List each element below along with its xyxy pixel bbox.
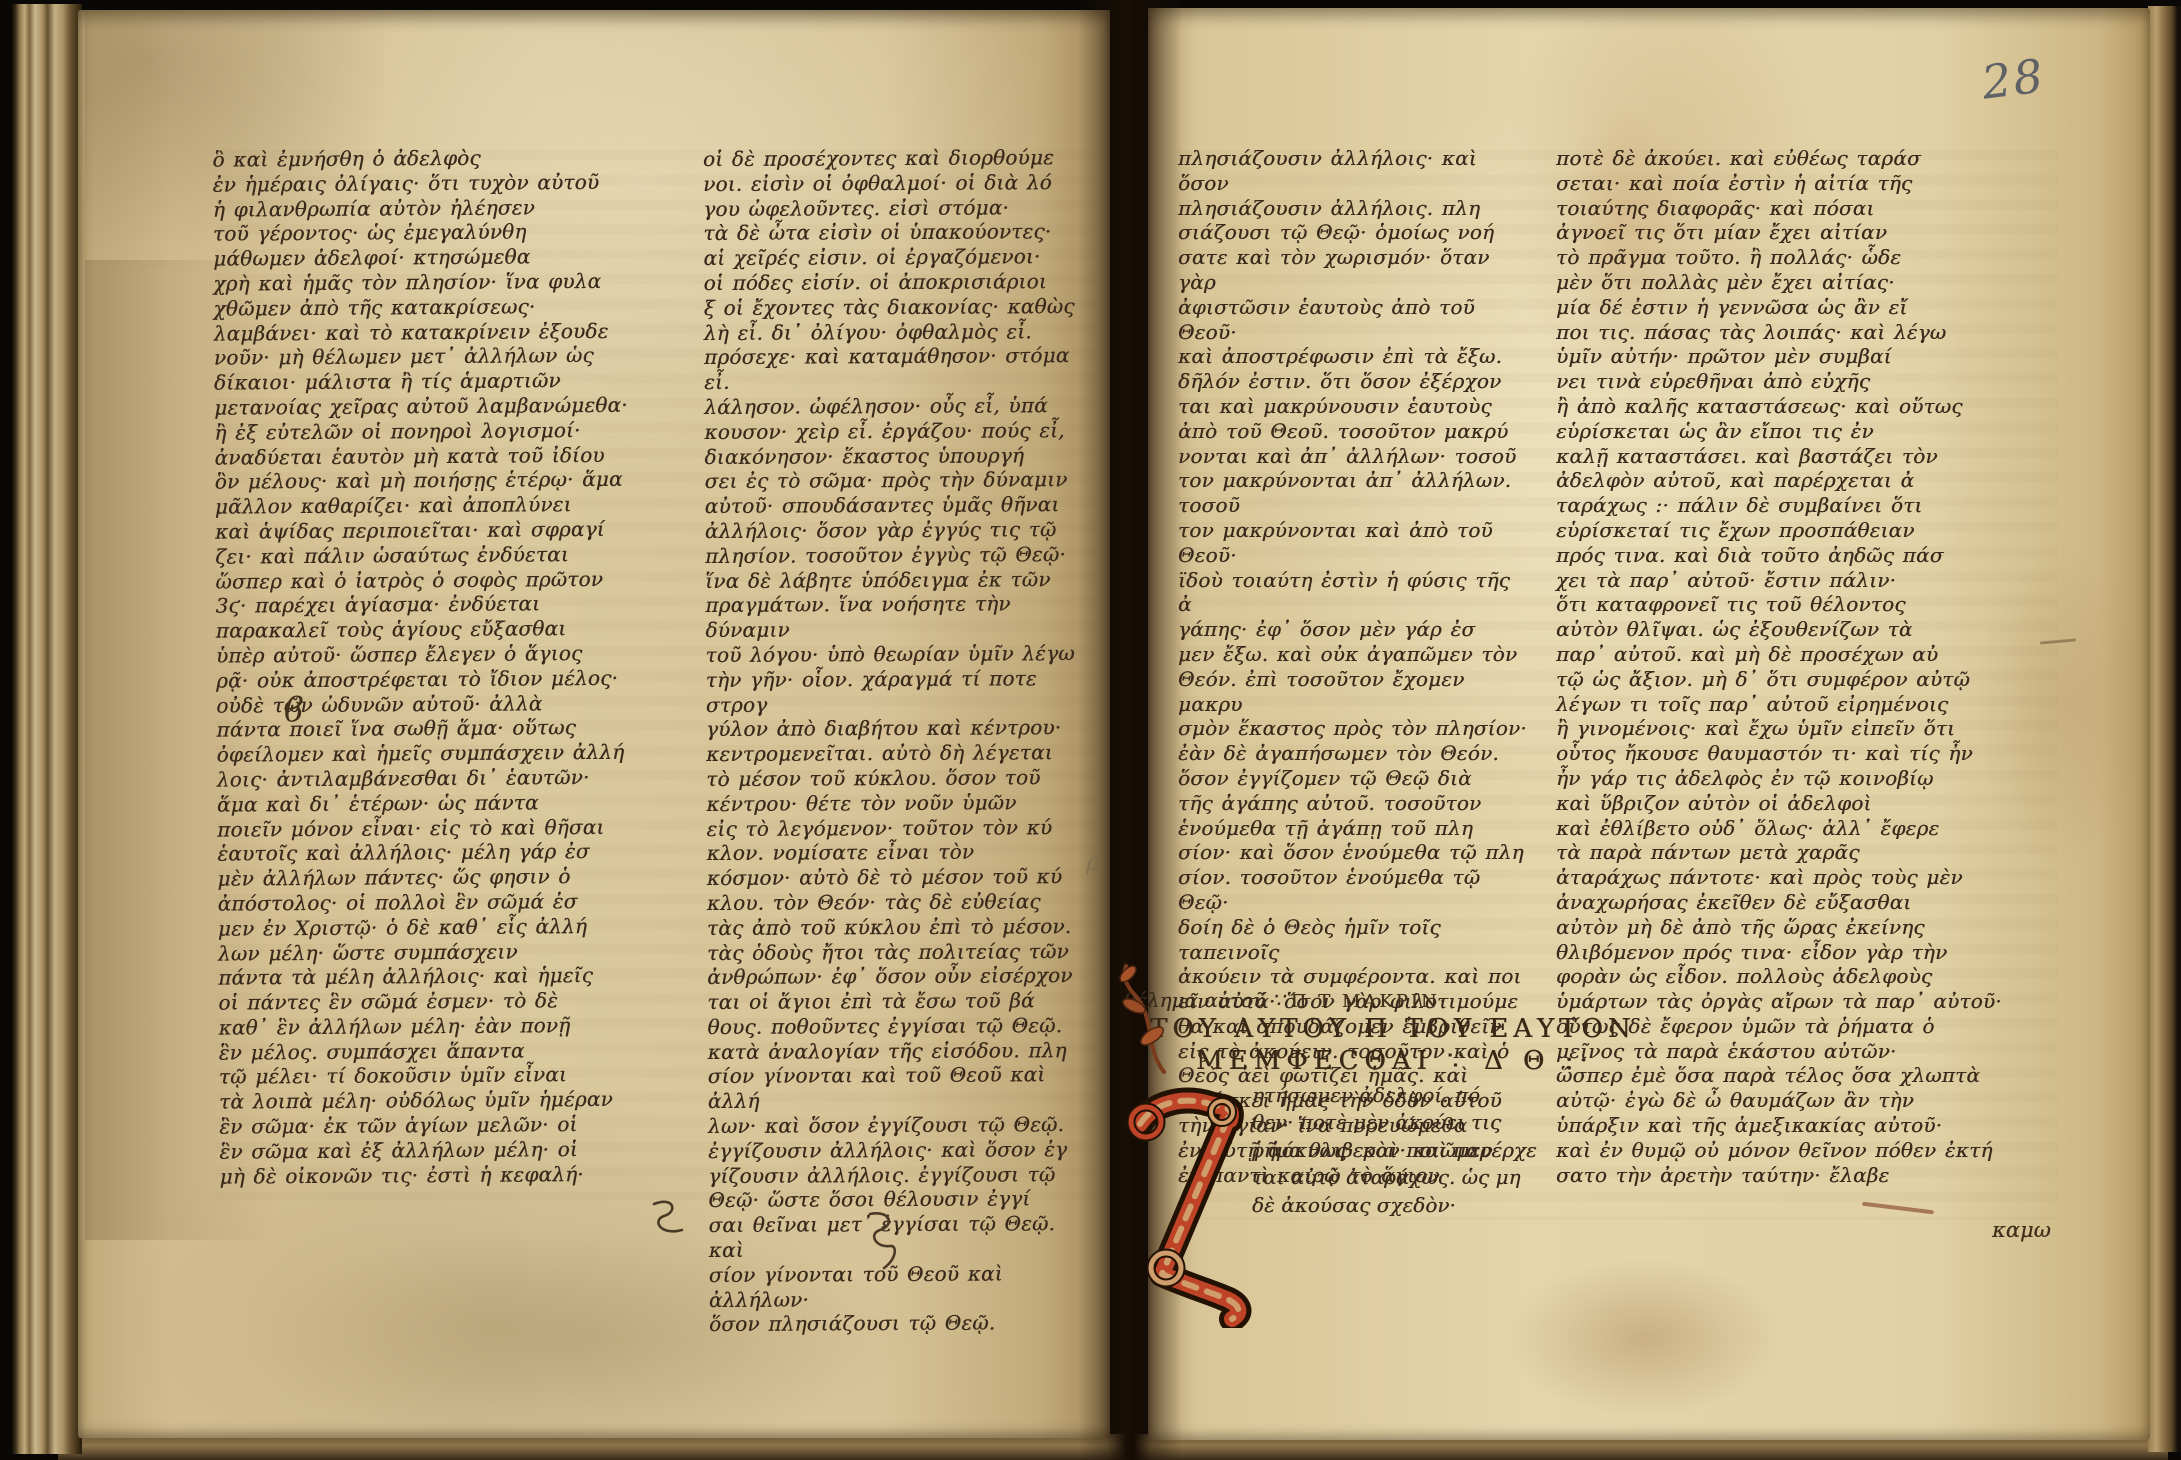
left-page-column-1: ὃ καὶ ἐμνήσθη ὁ ἀδελφὸς ἐν ἡμέραις ὀλίγα… [212,144,687,1189]
book-page-edges-right [2148,6,2181,1452]
margin-paragraph-glyph: ϐ [284,690,304,730]
pen-flourish-icon [648,1196,698,1240]
manuscript-spread: 28 ὃ καὶ ἐμνήσθη ὁ ἀδελφὸς ἐν ἡμέραις ὀλ… [0,0,2181,1460]
margin-faint-letter: ρ [1086,848,1100,876]
pen-flourish-icon [862,1208,906,1272]
folio-number: 28 [1979,48,2048,109]
rubric-abbreviation: Π Τ ΜΑΚΡΙΝ· [1291,991,1449,1012]
chapter-opening-lines: ητήσωμεν ἀδελφοί. πό θεν· ποτὲ μὲν ἀκούε… [1252,1082,1552,1219]
illuminated-initial-Z-icon [1124,1076,1264,1328]
book-page-edges-left [12,4,82,1454]
chapter-end-rubric: θέλημα αὐτοῦ ∵ Π Τ ΜΑΚΡΙΝ· [1124,988,1544,1012]
catchword: καμω [1992,1218,2051,1242]
chapter-title-line-2: ΜΕΜΦΕϹΘΑΙ ∵ Δ Θ :· [1196,1046,1594,1076]
left-page-column-2: οἱ δὲ προσέχοντες καὶ διορθούμε νοι. εἰσ… [703,145,1099,1337]
right-page-column-2: ποτὲ δὲ ἀκούει. καὶ εὐθέως ταράσ σεται· … [1556,146,2061,1187]
vine-ornament-icon [1108,958,1178,1076]
